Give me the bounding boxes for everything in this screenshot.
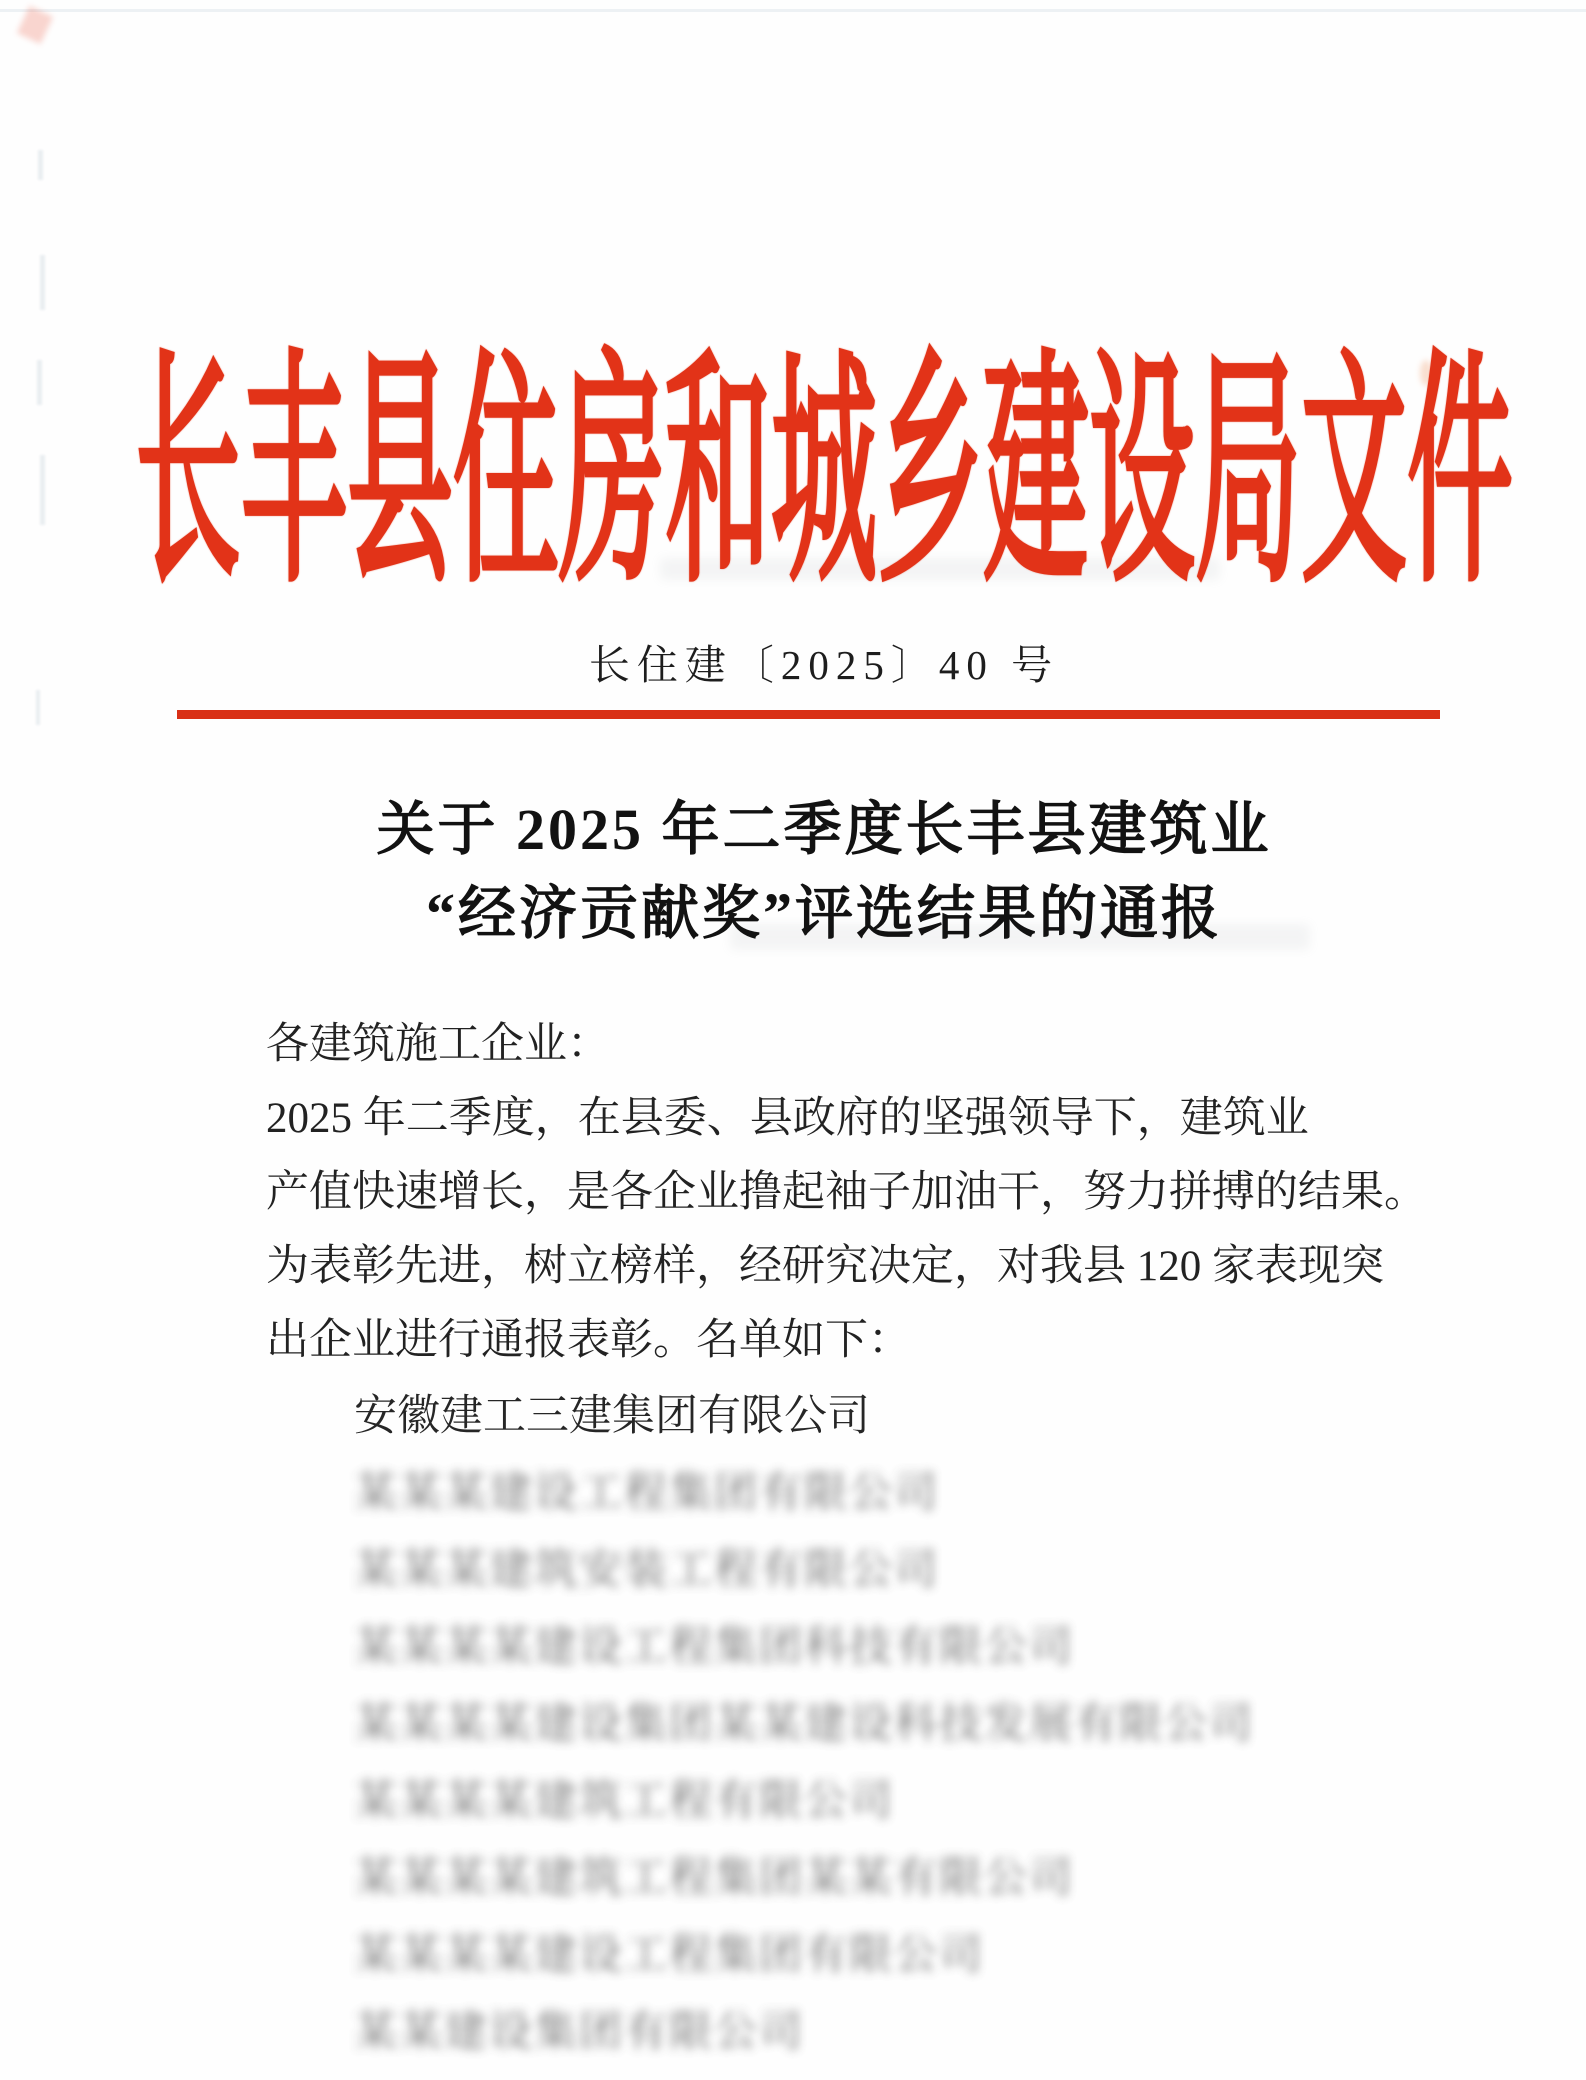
paragraph-line: 出企业进行通报表彰。名单如下：	[266, 1304, 1390, 1378]
blurred-company-line: 某某某某建筑工程有限公司	[354, 1763, 1394, 1840]
salutation: 各建筑施工企业：	[266, 1008, 1390, 1082]
scan-artifact-edge-mark	[38, 150, 43, 180]
scan-artifact-top-line	[0, 9, 1586, 12]
blurred-company-line: 某某建设集团有限公司	[354, 1994, 1394, 2071]
blurred-company-line: 某某某建设工程集团有限公司	[354, 1455, 1394, 1532]
paragraph-line: 2025 年二季度，在县委、县政府的坚强领导下，建筑业	[266, 1082, 1390, 1156]
document-title: 关于 2025 年二季度长丰县建筑业 “经济贡献奖”评选结果的通报	[64, 788, 1584, 956]
company-list: 安徽建工三建集团有限公司 某某某建设工程集团有限公司 某某某建筑安装工程有限公司…	[354, 1378, 1394, 2071]
document-reference-number: 长住建〔2025〕40 号	[64, 632, 1584, 691]
paragraph-line: 为表彰先进，树立榜样，经研究决定，对我县 120 家表现突	[266, 1230, 1390, 1304]
body-paragraph: 各建筑施工企业： 2025 年二季度，在县委、县政府的坚强领导下，建筑业 产值快…	[266, 1008, 1390, 1378]
blurred-company-line: 某某某某建设工程集团有限公司	[354, 1917, 1394, 1994]
company-list-item: 安徽建工三建集团有限公司	[354, 1378, 1394, 1455]
blurred-company-line: 某某某某建筑工程集团某某有限公司	[354, 1840, 1394, 1917]
scan-artifact-edge-mark	[40, 455, 45, 525]
scan-artifact-edge-mark	[36, 690, 40, 725]
agency-letterhead-title: 长丰县住房和城乡建设局文件	[64, 274, 1584, 631]
scan-artifact-edge-mark	[40, 255, 45, 310]
document-title-line1: 关于 2025 年二季度长丰县建筑业	[64, 788, 1584, 872]
blurred-company-line: 某某某建筑安装工程有限公司	[354, 1532, 1394, 1609]
blurred-company-line: 某某某某建设工程集团科技有限公司	[354, 1609, 1394, 1686]
blurred-company-line: 某某某某建设集团某某建设科技发展有限公司	[354, 1686, 1394, 1763]
paragraph-line: 产值快速增长，是各企业撸起袖子加油干，努力拼搏的结果。	[266, 1156, 1390, 1230]
document-title-line2: “经济贡献奖”评选结果的通报	[64, 872, 1584, 956]
scan-artifact-edge-mark	[37, 360, 42, 405]
red-separator-rule	[177, 710, 1440, 719]
scan-artifact-red-speck	[17, 6, 53, 44]
scanned-document-page: 长丰县住房和城乡建设局文件 长住建〔2025〕40 号 关于 2025 年二季度…	[0, 0, 1586, 2080]
